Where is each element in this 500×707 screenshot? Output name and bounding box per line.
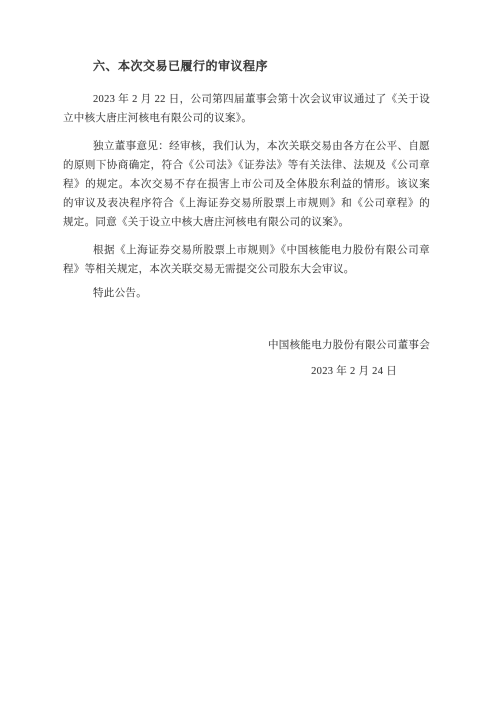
paragraph-independent-directors-opinion: 独立董事意见：经审核，我们认为，本次关联交易由各方在公平、自愿的原则下协商确定，… (63, 137, 430, 232)
paragraph-announcement-closing: 特此公告。 (63, 284, 430, 303)
paragraph-board-approval: 2023 年 2 月 22 日，公司第四届董事会第十次会议审议通过了《关于设立中… (63, 90, 430, 128)
paragraph-shareholder-meeting-exemption: 根据《上海证券交易所股票上市规则》《中国核能电力股份有限公司章程》等相关规定，本… (63, 241, 430, 279)
announcement-page: 六、本次交易已履行的审议程序 2023 年 2 月 22 日，公司第四届董事会第… (0, 0, 500, 707)
document-body: 六、本次交易已履行的审议程序 2023 年 2 月 22 日，公司第四届董事会第… (63, 56, 430, 381)
signature-date: 2023 年 2 月 24 日 (63, 362, 430, 381)
signature-block: 中国核能电力股份有限公司董事会 2023 年 2 月 24 日 (63, 336, 430, 381)
signature-company-board: 中国核能电力股份有限公司董事会 (63, 336, 430, 355)
section-heading: 六、本次交易已履行的审议程序 (63, 56, 430, 76)
